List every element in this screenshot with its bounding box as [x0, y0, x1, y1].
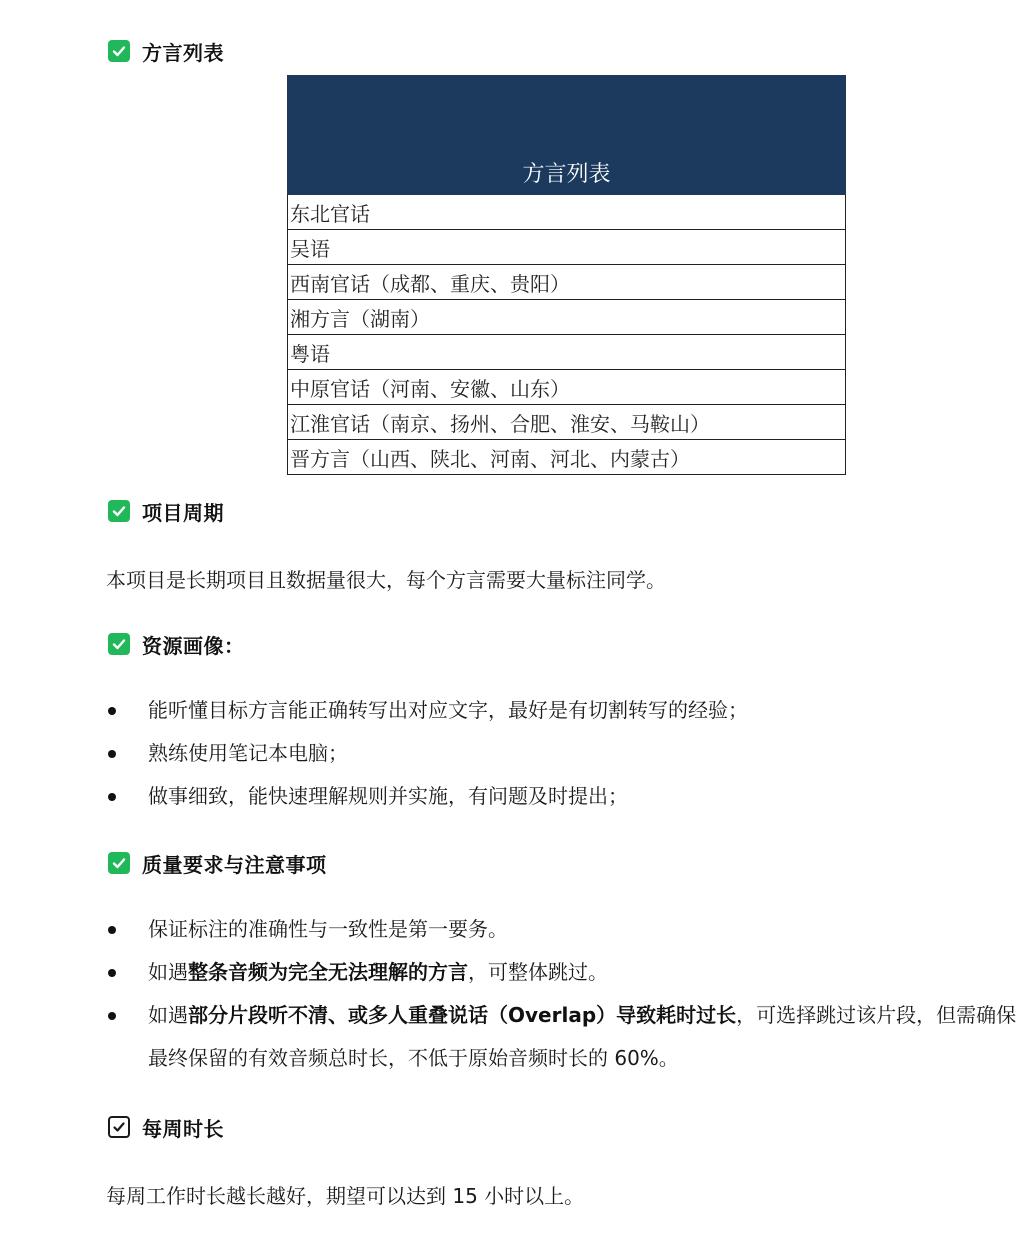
- list-item: 保证标注的准确性与一致性是第一要务。: [106, 908, 1026, 951]
- list-item: 如遇部分片段听不清、或多人重叠说话（Overlap）导致耗时过长，可选择跳过该片…: [106, 994, 1026, 1080]
- table-row: 东北官话: [288, 195, 846, 230]
- section-heading-weekly-hours: 每周时长: [108, 1113, 224, 1141]
- list-item: 能听懂目标方言能正确转写出对应文字，最好是有切割转写的经验；: [106, 689, 1026, 732]
- list-item: 做事细致，能快速理解规则并实施，有问题及时提出；: [106, 775, 1026, 818]
- dialect-cell: 吴语: [288, 230, 846, 265]
- section-heading-dialect-list: 方言列表: [108, 37, 224, 65]
- dialect-cell: 西南官话（成都、重庆、贵阳）: [288, 265, 846, 300]
- emphasis-text: 部分片段听不清、或多人重叠说话（Overlap）导致耗时过长: [188, 1003, 736, 1027]
- checkbox-checked-green-icon: [108, 852, 130, 874]
- dialect-cell: 中原官话（河南、安徽、山东）: [288, 370, 846, 405]
- project-cycle-text: 本项目是长期项目且数据量很大，每个方言需要大量标注同学。: [106, 564, 666, 593]
- section-heading-resource-profile: 资源画像：: [108, 630, 245, 658]
- section-title: 每周时长: [142, 1113, 224, 1142]
- bullet-icon: [108, 926, 116, 934]
- bullet-icon: [108, 750, 116, 758]
- section-heading-quality: 质量要求与注意事项: [108, 849, 327, 877]
- dialect-table-header: 方言列表: [288, 76, 846, 195]
- dialect-cell: 东北官话: [288, 195, 846, 230]
- table-row: 中原官话（河南、安徽、山东）: [288, 370, 846, 405]
- list-item: 如遇整条音频为完全无法理解的方言，可整体跳过。: [106, 951, 1026, 994]
- section-title: 项目周期: [142, 497, 224, 526]
- resource-profile-list: 能听懂目标方言能正确转写出对应文字，最好是有切割转写的经验； 熟练使用笔记本电脑…: [106, 689, 1026, 818]
- section-title: 方言列表: [142, 37, 224, 66]
- bullet-icon: [108, 707, 116, 715]
- checkbox-checked-outline-icon: [108, 1116, 130, 1138]
- table-row: 粤语: [288, 335, 846, 370]
- checkbox-checked-green-icon: [108, 500, 130, 522]
- emphasis-text: 整条音频为完全无法理解的方言: [188, 960, 468, 984]
- section-title: 质量要求与注意事项: [142, 849, 327, 878]
- table-row: 江淮官话（南京、扬州、合肥、淮安、马鞍山）: [288, 405, 846, 440]
- table-row: 吴语: [288, 230, 846, 265]
- bullet-icon: [108, 793, 116, 801]
- dialect-cell: 江淮官话（南京、扬州、合肥、淮安、马鞍山）: [288, 405, 846, 440]
- dialect-cell: 湘方言（湖南）: [288, 300, 846, 335]
- dialect-table: 方言列表 东北官话 吴语 西南官话（成都、重庆、贵阳） 湘方言（湖南） 粤语 中…: [287, 75, 846, 475]
- list-item: 熟练使用笔记本电脑；: [106, 732, 1026, 775]
- table-row: 西南官话（成都、重庆、贵阳）: [288, 265, 846, 300]
- bullet-icon: [108, 1012, 116, 1020]
- dialect-cell: 粤语: [288, 335, 846, 370]
- section-heading-project-cycle: 项目周期: [108, 497, 224, 525]
- table-row: 湘方言（湖南）: [288, 300, 846, 335]
- table-row: 晋方言（山西、陕北、河南、河北、内蒙古）: [288, 440, 846, 475]
- bullet-icon: [108, 969, 116, 977]
- quality-list: 保证标注的准确性与一致性是第一要务。 如遇整条音频为完全无法理解的方言，可整体跳…: [106, 908, 1026, 1080]
- checkbox-checked-green-icon: [108, 633, 130, 655]
- section-title: 资源画像：: [142, 630, 245, 659]
- weekly-hours-text: 每周工作时长越长越好，期望可以达到 15 小时以上。: [106, 1180, 584, 1209]
- checkbox-checked-green-icon: [108, 40, 130, 62]
- dialect-cell: 晋方言（山西、陕北、河南、河北、内蒙古）: [288, 440, 846, 475]
